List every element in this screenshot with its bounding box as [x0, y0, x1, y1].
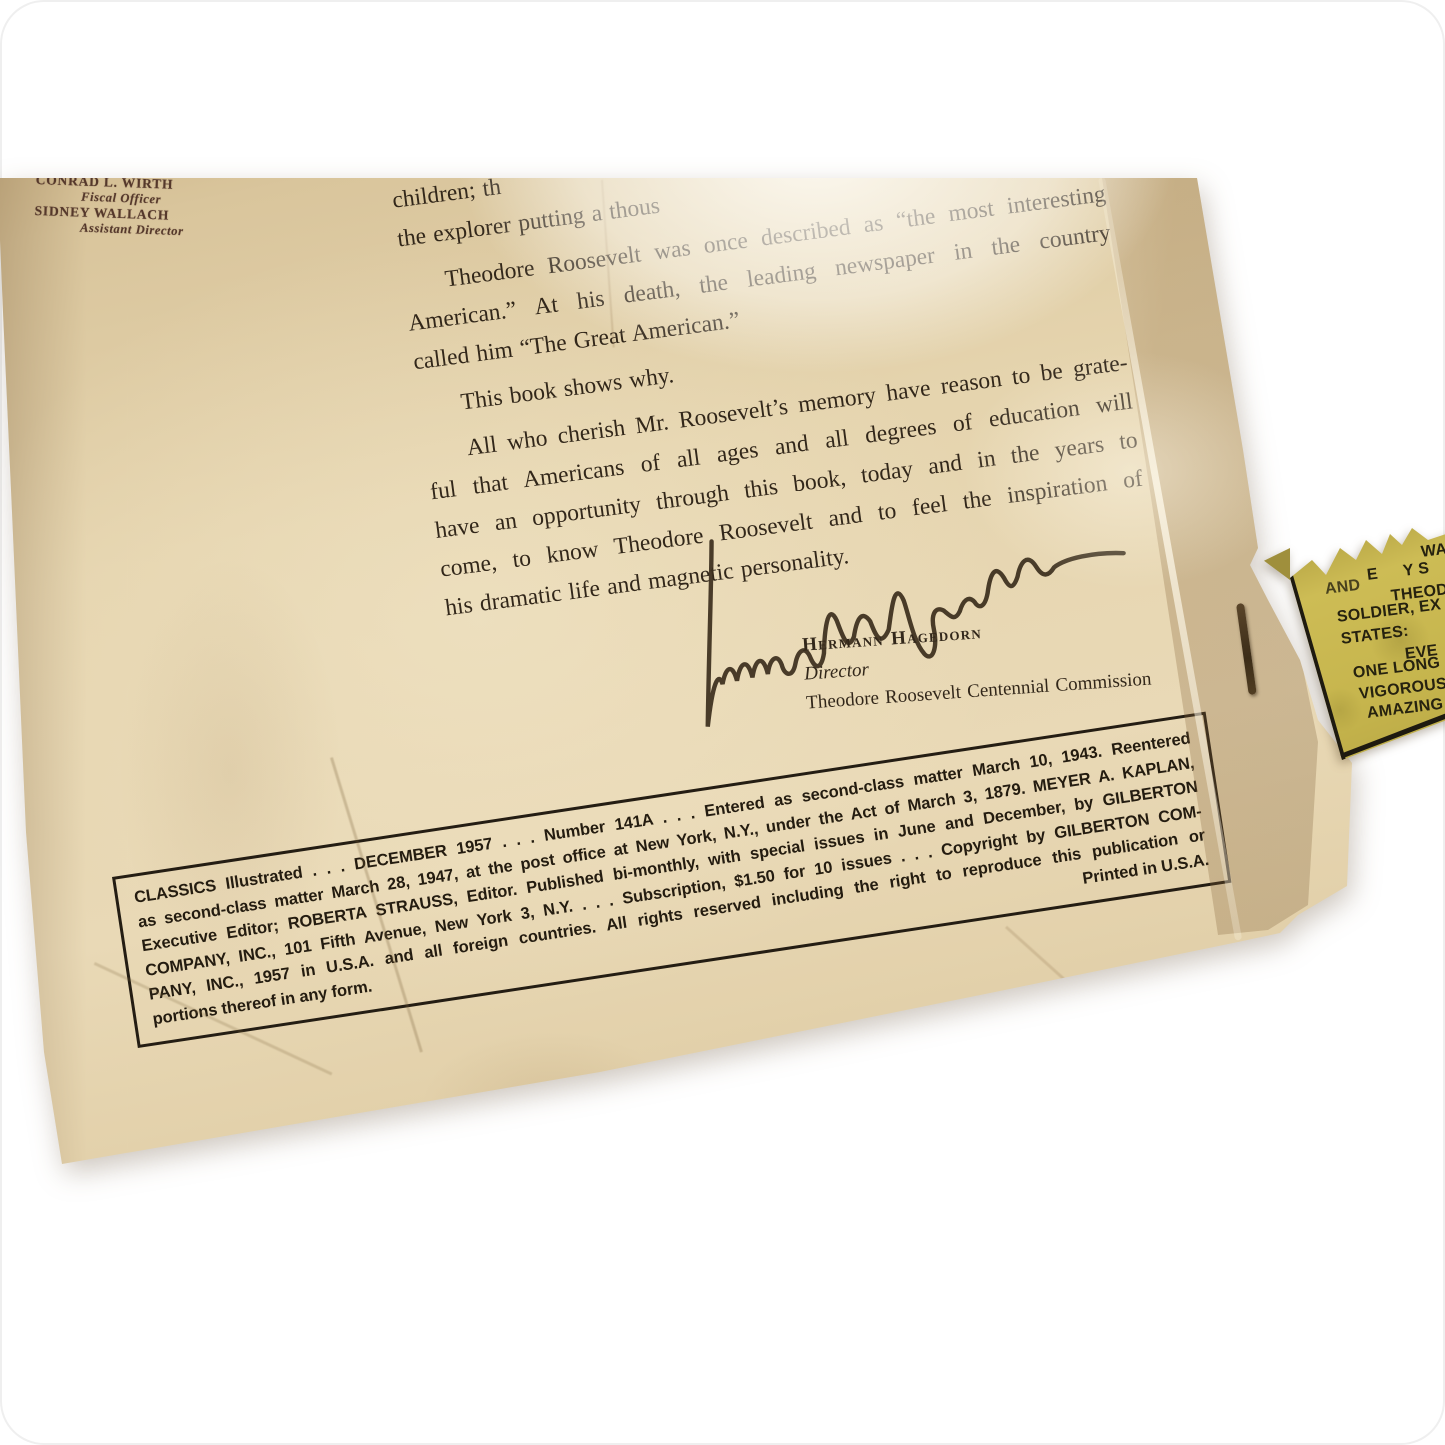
- stamped-officials: CONRAD L. WIRTH Fiscal Officer SIDNEY WA…: [34, 172, 296, 243]
- page-shadow: CONRAD L. WIRTH Fiscal Officer SIDNEY WA…: [0, 0, 1445, 1445]
- cover-text-fragment: Y S: [1402, 560, 1430, 581]
- cover-text-fragment: STATES:: [1340, 623, 1410, 649]
- cover-text-fragment: E: [1366, 566, 1379, 585]
- cover-text-fragment: AND: [1324, 577, 1362, 599]
- cover-text-fragment: WA: [1420, 541, 1445, 562]
- foreword-text-block: children; th the explorer putting a thou…: [390, 91, 1150, 628]
- paper-stain: [420, 1030, 680, 1180]
- torn-cover-fragment-wrap: WA E Y S AND THEOD SOLDIER, EX STATES: E…: [1280, 520, 1445, 770]
- cover-text-fragment: SOLDIER, EX: [1336, 596, 1442, 627]
- screenshot-stage: CONRAD L. WIRTH Fiscal Officer SIDNEY WA…: [0, 0, 1445, 1445]
- cover-box-border: [1288, 575, 1346, 761]
- book-page: CONRAD L. WIRTH Fiscal Officer SIDNEY WA…: [0, 0, 1445, 1445]
- torn-cover-fragment: WA E Y S AND THEOD SOLDIER, EX STATES: E…: [1280, 520, 1445, 770]
- paper-crease: [1005, 926, 1104, 1015]
- product-photo: CONRAD L. WIRTH Fiscal Officer SIDNEY WA…: [0, 0, 1445, 1445]
